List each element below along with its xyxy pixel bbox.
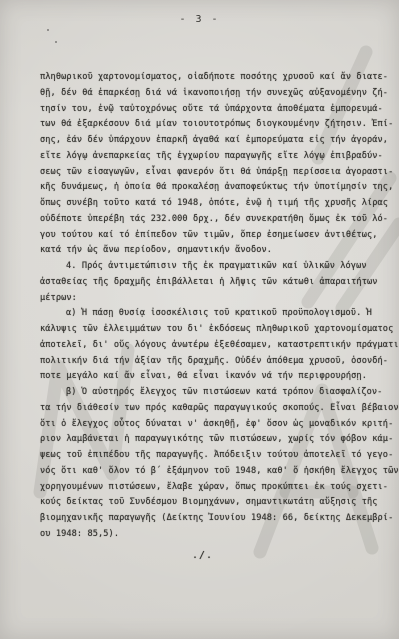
text-line: βιομηχανικῆς παραγωγῆς (Δείκτης Ἰουνίου …	[40, 511, 376, 527]
ink-speck	[47, 29, 49, 31]
text-line: α) Ἡ πάσῃ θυσίᾳ ἰσοσκέλισις τοῦ κρατικοῦ…	[40, 306, 376, 322]
text-line: οὐδέποτε ὑπερέβη τάς 232.000 δρχ., δέν σ…	[40, 212, 376, 228]
text-line: σης, ἐάν δέν ὑπάρχουν ἐπαρκῆ ἀγαθά καί ἐ…	[40, 133, 376, 149]
text-line: εἴτε λόγῳ ἀνεπαρκείας τῆς ἐγχωρίου παραγ…	[40, 149, 376, 165]
text-line: των θά ἐξαρκέσουν διά μίαν τοιουτοτρόπως…	[40, 117, 376, 133]
text-line: κατά τήν ὡς ἄνω περίοδον, σημαντικήν ἄνο…	[40, 243, 376, 259]
page-number: - 3 -	[0, 14, 399, 25]
text-line: κούς δείκτας τοῦ Συνδέσμου Βιομηχάνων, σ…	[40, 495, 376, 511]
end-mark: ./.	[192, 550, 213, 561]
text-line: γου τούτου καί τό ἐπίπεδον τῶν τιμῶν, ὅπ…	[40, 228, 376, 244]
document-page: - 3 - πληθωρικοῦ χαρτονομίσματος, οἱαδήπ…	[0, 0, 399, 639]
text-line: κῆς δυνάμεως, ἡ ὁποία θά προκαλέσῃ ἀναπο…	[40, 180, 376, 196]
text-line: μέτρων:	[40, 291, 376, 307]
text-line: πολιτικήν διά τήν ἀξίαν τῆς δραχμῆς. Οὐδ…	[40, 354, 376, 370]
text-line: θῇ, δέν θά ἐπαρκέσῃ διά νά ἱκανοποιήσῃ τ…	[40, 86, 376, 102]
text-line: ὅπως συνέβη τοῦτο κατά τό 1948, ὁπότε, ἐ…	[40, 196, 376, 212]
ink-speck	[55, 41, 57, 43]
text-line: κάλυψις τῶν ἐλλειμμάτων του δι' ἐκδόσεως…	[40, 322, 376, 338]
text-line: πληθωρικοῦ χαρτονομίσματος, οἱαδήποτε πο…	[40, 70, 376, 86]
text-line: β) Ὁ αὐστηρός ἔλεγχος τῶν πιστώσεων κατά…	[40, 385, 376, 401]
text-line: χορηγουμένων πιστώσεων, ἔλαβε χώραν, ὅπω…	[40, 480, 376, 496]
text-line: ψεως τοῦ ἐπιπέδου τῆς παραγωγῆς. Ἀπόδειξ…	[40, 448, 376, 464]
text-line: τησίν του, ἐνῷ ταὐτοχρόνως οὔτε τά ὑπάρχ…	[40, 102, 376, 118]
text-line: ἀποτελεῖ, δι' οὕς λόγους ἀνωτέρω ἐξεθέσα…	[40, 338, 376, 354]
text-line: ου 1948: 85,5).	[40, 527, 376, 543]
text-line: ποτε μεγάλο καί ἄν εἶναι, θά εἶναι ἱκανό…	[40, 369, 376, 385]
text-line: 4. Πρός ἀντιμετώπισιν τῆς ἐκ πραγματικῶν…	[40, 259, 376, 275]
text-line: ὅτι ὁ ἔλεγχος οὗτος δύναται ν' ἀσκηθῇ, ἐ…	[40, 417, 376, 433]
text-line: ἀσταθείας τῆς δραχμῆς ἐπιβάλλεται ἡ λῆψι…	[40, 275, 376, 291]
text-line: σεως τῶν εἰσαγωγῶν, εἶναι φανερόν ὅτι θά…	[40, 165, 376, 181]
text-line: νός ὅτι καθ' ὅλον τό β΄ ἑξάμηνον τοῦ 194…	[40, 464, 376, 480]
text-line: τα τήν διάθεσίν των πρός καθαρῶς παραγωγ…	[40, 401, 376, 417]
document-text: πληθωρικοῦ χαρτονομίσματος, οἱαδήποτε πο…	[40, 70, 376, 543]
text-line: ριον λαμβάνεται ἡ παραγωγικότης τῶν πιστ…	[40, 432, 376, 448]
